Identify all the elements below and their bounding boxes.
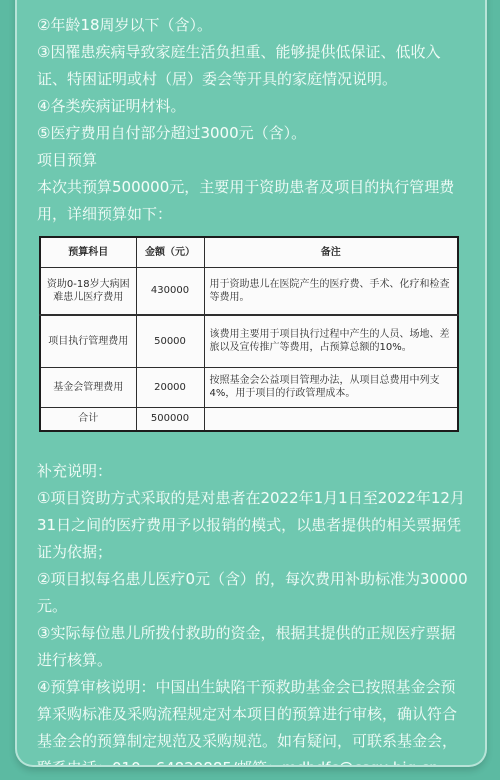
budget-total-amount: 500000 [136,407,204,431]
table-row: 资助0-18岁大病困难患儿医疗费用 430000 用于资助患儿在医院产生的医疗费… [40,267,458,315]
budget-item-note: 该费用主要用于项目执行过程中产生的人员、场地、差旅以及宣传推广等费用，占预算总额… [204,315,458,367]
budget-total-note [204,407,458,431]
eligibility-item-3: ③因罹患疾病导致家庭生活负担重、能够提供低保证、低收入证、特困证明或村（居）委会… [37,39,469,93]
budget-item-note: 按照基金会公益项目管理办法，从项目总费用中列支4%，用于项目的行政管理成本。 [204,367,458,407]
supplementary-notes: 补充说明： ①项目资助方式采取的是对患者在2022年1月1日至2022年12月3… [37,458,469,767]
notes-title: 补充说明： [37,458,469,485]
budget-item-amount: 430000 [136,267,204,315]
budget-table-header-row: 预算科目 金额（元） 备注 [40,237,458,267]
note-item-4: ④预算审核说明：中国出生缺陷干预救助基金会已按照基金会预算采购标准及采购流程规定… [37,674,469,767]
budget-header-amount: 金额（元） [136,237,204,267]
page: ②年龄18周岁以下（含）。 ③因罹患疾病导致家庭生活负担重、能够提供低保证、低收… [0,0,500,780]
budget-table: 预算科目 金额（元） 备注 资助0-18岁大病困难患儿医疗费用 430000 用… [39,236,459,432]
budget-item-name: 资助0-18岁大病困难患儿医疗费用 [40,267,136,315]
budget-item-note: 用于资助患儿在医院产生的医疗费、手术、化疗和检查等费用。 [204,267,458,315]
table-row: 项目执行管理费用 50000 该费用主要用于项目执行过程中产生的人员、场地、差旅… [40,315,458,367]
budget-item-amount: 20000 [136,367,204,407]
budget-section-heading: 项目预算 [37,147,469,174]
eligibility-item-5: ⑤医疗费用自付部分超过3000元（含）。 [37,120,469,147]
budget-item-name: 项目执行管理费用 [40,315,136,367]
note-item-2: ②项目拟每名患儿医疗0元（含）的，每次费用补助标准为30000元。 [37,566,469,620]
table-total-row: 合计 500000 [40,407,458,431]
budget-item-amount: 50000 [136,315,204,367]
budget-intro-text: 本次共预算500000元，主要用于资助患者及项目的执行管理费用，详细预算如下： [37,174,469,228]
eligibility-item-2: ②年龄18周岁以下（含）。 [37,12,469,39]
budget-total-label: 合计 [40,407,136,431]
note-item-3: ③实际每位患儿所拨付救助的资金，根据其提供的正规医疗票据进行核算。 [37,620,469,674]
budget-header-note: 备注 [204,237,458,267]
note-item-1: ①项目资助方式采取的是对患者在2022年1月1日至2022年12月31日之间的医… [37,485,469,566]
budget-header-item: 预算科目 [40,237,136,267]
eligibility-item-4: ④各类疾病证明材料。 [37,93,469,120]
table-row: 基金会管理费用 20000 按照基金会公益项目管理办法，从项目总费用中列支4%，… [40,367,458,407]
budget-item-name: 基金会管理费用 [40,367,136,407]
content-card: ②年龄18周岁以下（含）。 ③因罹患疾病导致家庭生活负担重、能够提供低保证、低收… [15,0,487,767]
